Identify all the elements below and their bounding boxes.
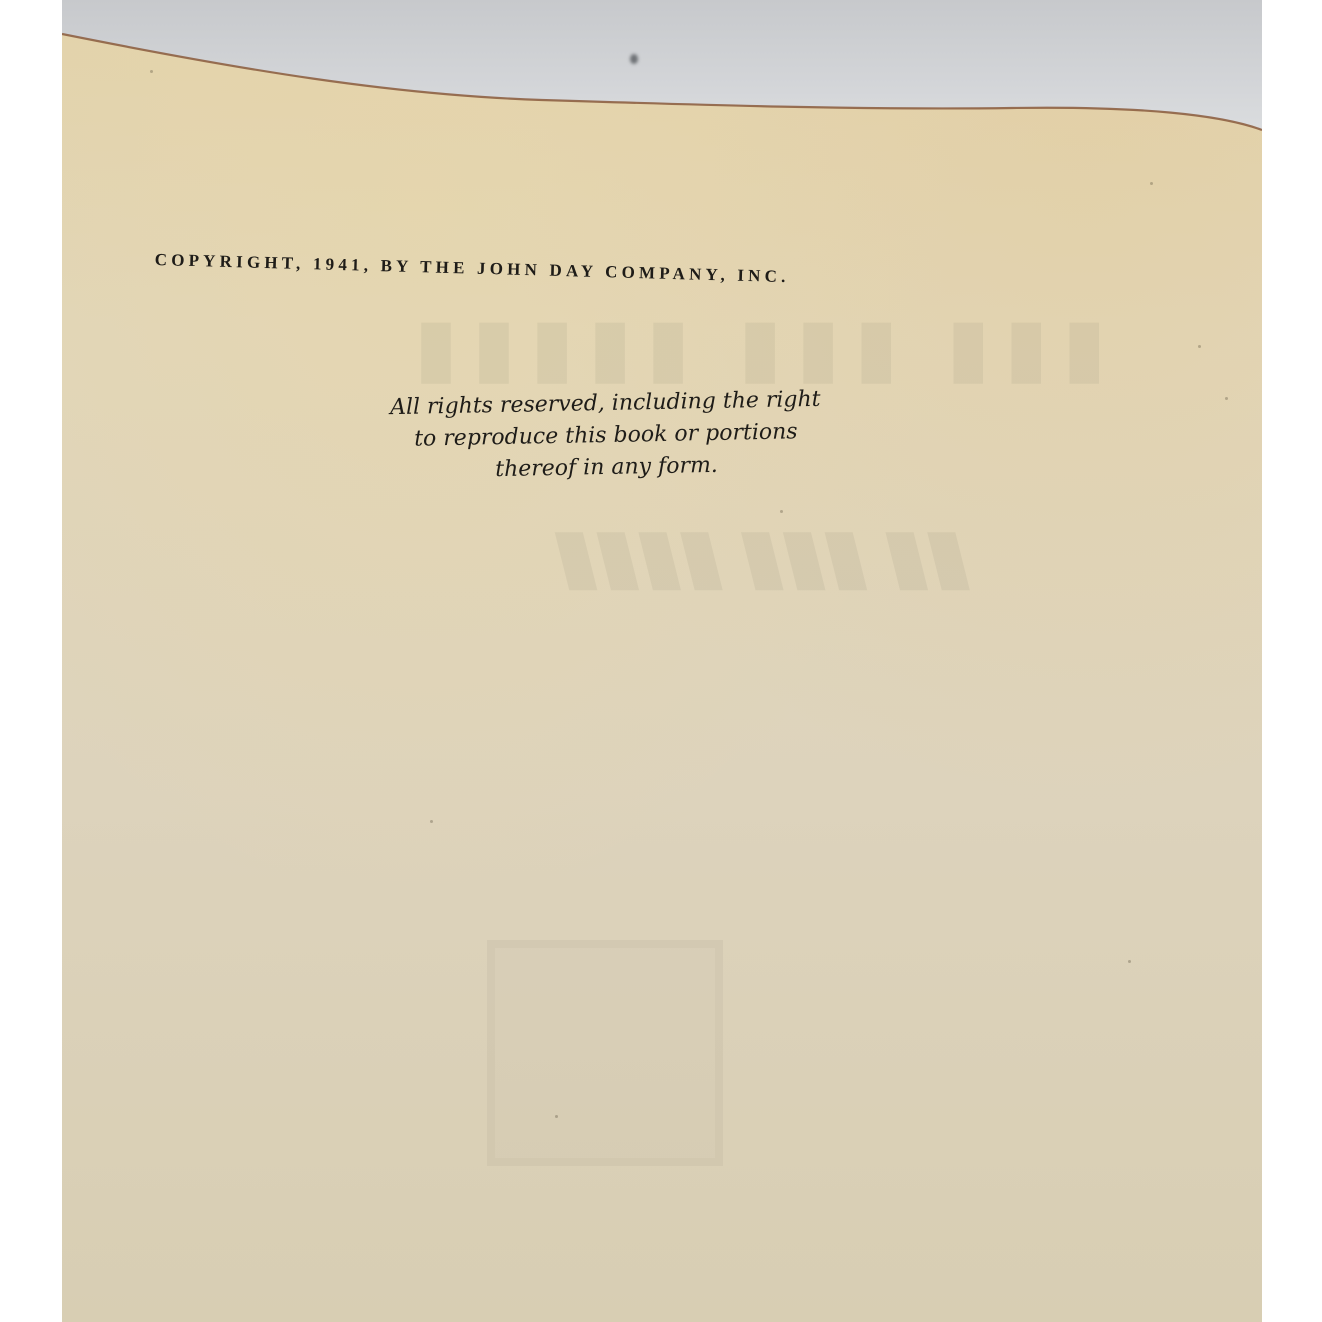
rights-statement: All rights reserved, including the right…: [300, 382, 912, 490]
backdrop-spot: [630, 54, 638, 64]
paper-speck: [780, 510, 783, 513]
paper-speck: [1150, 182, 1153, 185]
paper-speck: [1128, 960, 1131, 963]
paper-speck: [430, 820, 433, 823]
paper-speck: [1198, 345, 1201, 348]
paper-speck: [555, 1115, 558, 1118]
show-through-publisher-mark: [487, 940, 723, 1166]
photo-scene: ▮▮▮ ▮▮▮ ▮▮▮▮▮ ▮▮ ▮▮▮ ▮▮▮▮ COPYRIGHT, 194…: [0, 0, 1322, 1322]
paper-speck: [150, 70, 153, 73]
paper-speck: [1225, 397, 1228, 400]
